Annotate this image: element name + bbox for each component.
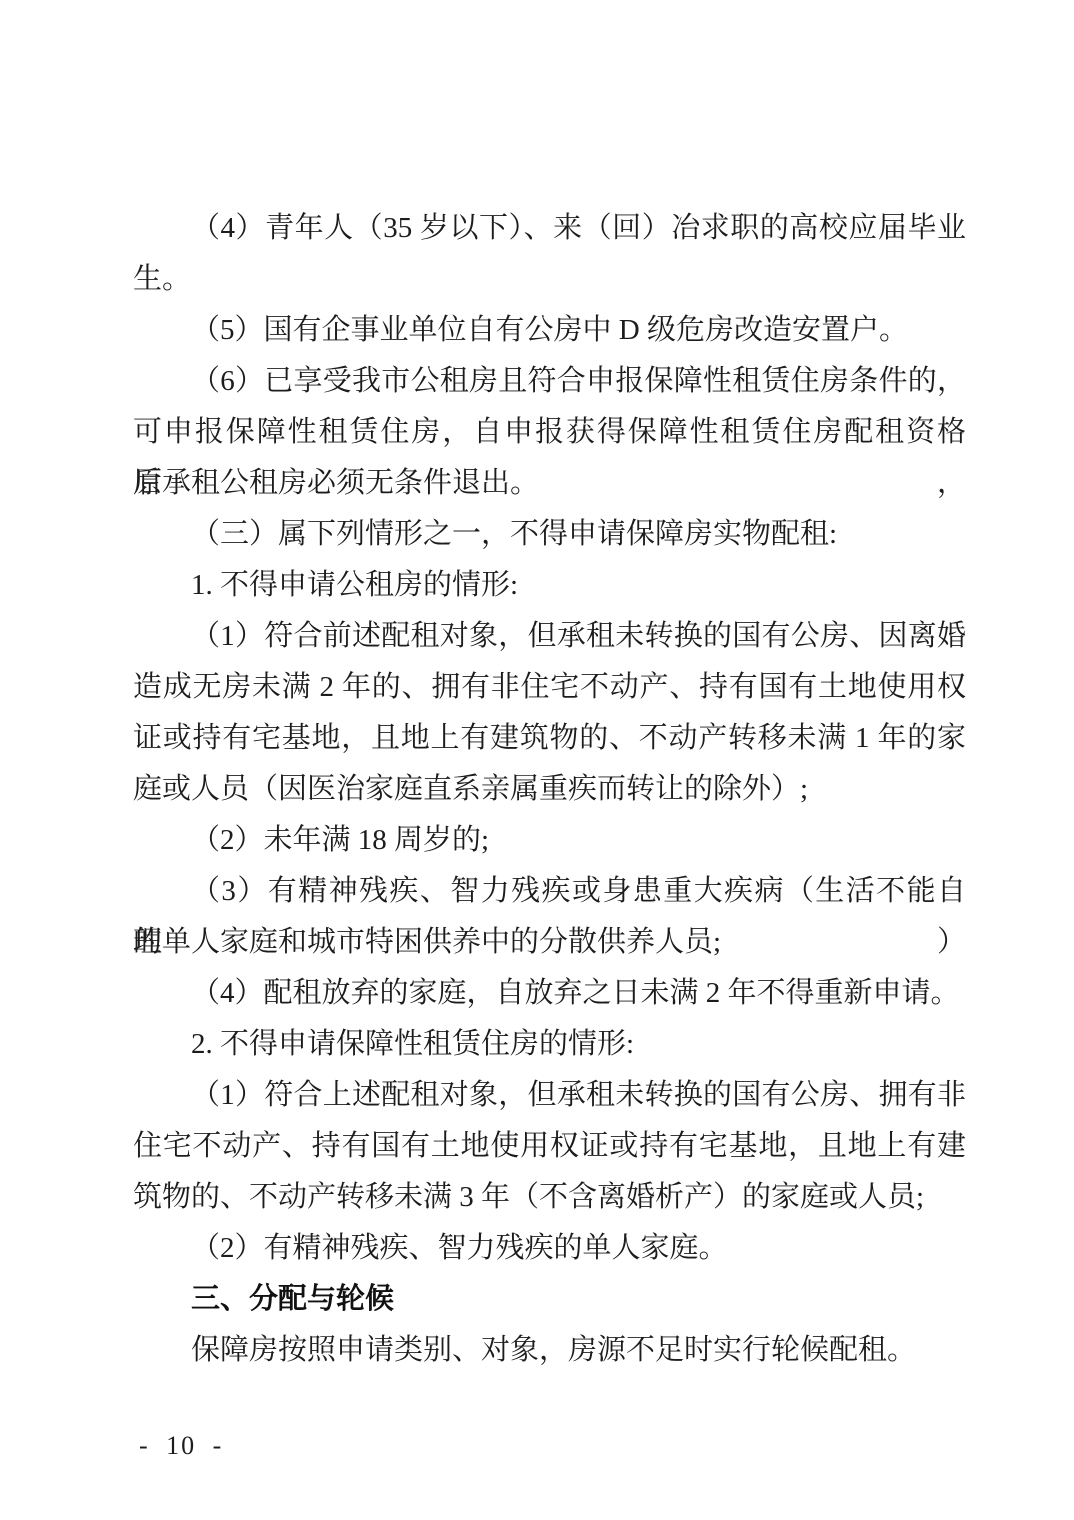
document-page: （4）青年人（35 岁以下）、来（回）冶求职的高校应届毕业生。（5）国有企事业单… <box>0 0 1074 1520</box>
paragraph-line: 生。 <box>133 254 966 305</box>
paragraph-line: 筑物的、不动产转移未满 3 年（不含离婚析产）的家庭或人员; <box>133 1172 966 1223</box>
page-number: - 10 - <box>139 1431 223 1460</box>
paragraph-line: 造成无房未满 2 年的、拥有非住宅不动产、持有国有土地使用权 <box>133 662 966 713</box>
document-body: （4）青年人（35 岁以下）、来（回）冶求职的高校应届毕业生。（5）国有企事业单… <box>133 203 966 1376</box>
paragraph-line: （6）已享受我市公租房且符合申报保障性租赁住房条件的， <box>133 356 966 407</box>
paragraph-line: 住宅不动产、持有国有土地使用权证或持有宅基地，且地上有建 <box>133 1121 966 1172</box>
paragraph-line: 可申报保障性租赁住房，自申报获得保障性租赁住房配租资格后， <box>133 407 966 458</box>
paragraph-line: （5）国有企事业单位自有公房中 D 级危房改造安置户。 <box>133 305 966 356</box>
paragraph-line: 保障房按照申请类别、对象，房源不足时实行轮候配租。 <box>133 1325 966 1376</box>
paragraph-line: （1）符合前述配租对象，但承租未转换的国有公房、因离婚 <box>133 611 966 662</box>
paragraph-line: 证或持有宅基地，且地上有建筑物的、不动产转移未满 1 年的家 <box>133 713 966 764</box>
paragraph-line: （2）有精神残疾、智力残疾的单人家庭。 <box>133 1223 966 1274</box>
paragraph-line: （3）有精神残疾、智力残疾或身患重大疾病（生活不能自理） <box>133 866 966 917</box>
paragraph-line: 庭或人员（因医治家庭直系亲属重疾而转让的除外）; <box>133 764 966 815</box>
paragraph-line: 2. 不得申请保障性租赁住房的情形: <box>133 1019 966 1070</box>
section-heading-line: 三、分配与轮候 <box>133 1274 966 1325</box>
paragraph-line: （三）属下列情形之一，不得申请保障房实物配租: <box>133 509 966 560</box>
page-footer: - 10 - <box>139 1431 223 1461</box>
paragraph-line: （4）青年人（35 岁以下）、来（回）冶求职的高校应届毕业 <box>133 203 966 254</box>
paragraph-line: （4）配租放弃的家庭，自放弃之日未满 2 年不得重新申请。 <box>133 968 966 1019</box>
paragraph-line: （2）未年满 18 周岁的; <box>133 815 966 866</box>
paragraph-line: （1）符合上述配租对象，但承租未转换的国有公房、拥有非 <box>133 1070 966 1121</box>
paragraph-line: 1. 不得申请公租房的情形: <box>133 560 966 611</box>
